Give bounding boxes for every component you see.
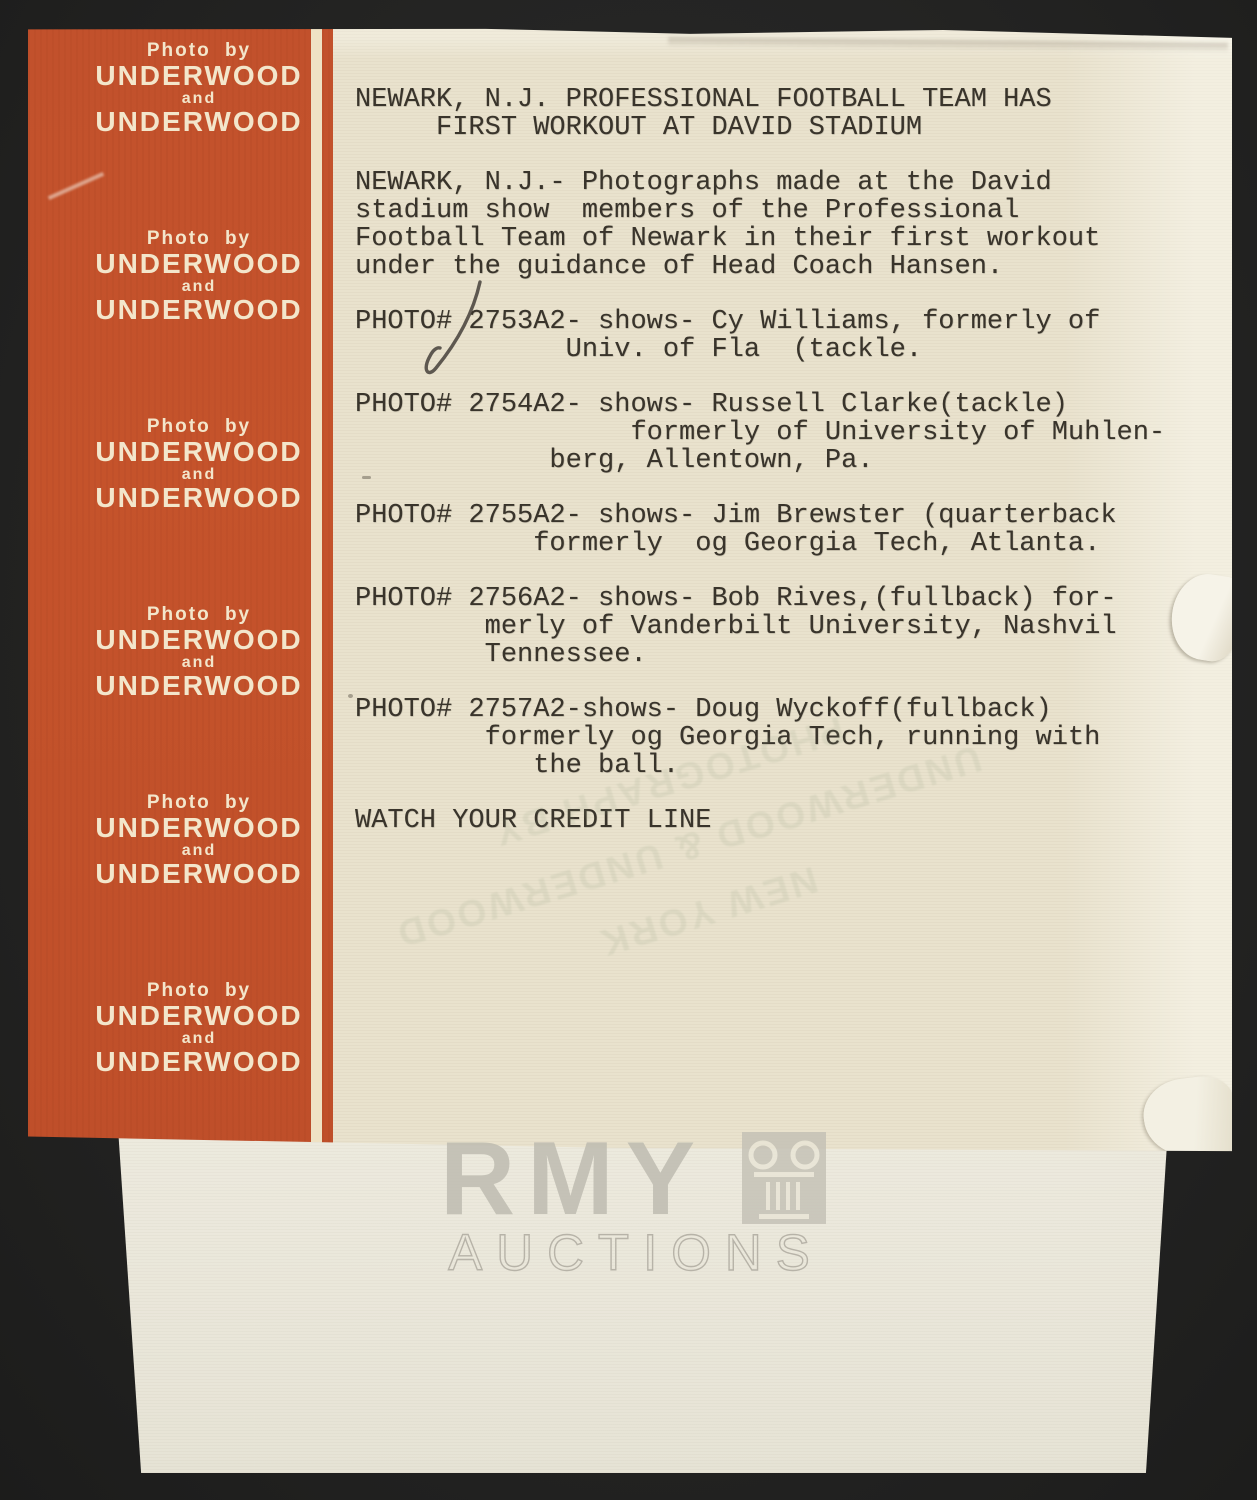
stamp-line: UNDERWOOD (58, 860, 340, 888)
underwood-stamp-block: Photo byUNDERWOODandUNDERWOOD (58, 228, 340, 328)
stamp-line: UNDERWOOD (58, 296, 340, 324)
stamp-line: Photo by (58, 416, 340, 438)
photo-entry-line: PHOTO# 2754A2- shows- Russell Clarke(tac… (355, 391, 1235, 419)
intro-line: Football Team of Newark in their first w… (355, 225, 1235, 253)
column-icon (742, 1132, 826, 1224)
stamp-line: UNDERWOOD (58, 814, 340, 842)
title-line: FIRST WORKOUT AT DAVID STADIUM (355, 114, 1235, 142)
pencil-dash (362, 476, 371, 479)
caption-title: NEWARK, N.J. PROFESSIONAL FOOTBALL TEAM … (355, 86, 1235, 142)
stamp-line: Photo by (58, 228, 340, 250)
rmy-watermark-graphic: RMY AUCTIONS (440, 1130, 840, 1282)
stamp-line: UNDERWOOD (58, 626, 340, 654)
pen-checkmark (380, 250, 490, 390)
rmy-watermark: RMY AUCTIONS (440, 1130, 840, 1282)
stamp-line: Photo by (58, 792, 340, 814)
underwood-stamp-block: Photo byUNDERWOODandUNDERWOOD (58, 980, 340, 1080)
stamp-line: UNDERWOOD (58, 484, 340, 512)
stamp-line: Photo by (58, 980, 340, 1002)
underwood-stamp-block: Photo byUNDERWOODandUNDERWOOD (58, 416, 340, 516)
worn-corner-patch (1140, 1073, 1241, 1162)
crease-shadow (668, 37, 1228, 53)
scan-background: Photo byUNDERWOODandUNDERWOODPhoto byUND… (0, 0, 1257, 1500)
stamp-line: UNDERWOOD (58, 62, 340, 90)
stamp-line: UNDERWOOD (58, 250, 340, 278)
stamp-line: UNDERWOOD (58, 672, 340, 700)
stamp-line: UNDERWOOD (58, 1048, 340, 1076)
photo-entry: PHOTO# 2754A2- shows- Russell Clarke(tac… (355, 391, 1235, 475)
photo-entry: PHOTO# 2755A2- shows- Jim Brewster (quar… (355, 502, 1235, 558)
stamp-line: UNDERWOOD (58, 438, 340, 466)
stamp-line: UNDERWOOD (58, 108, 340, 136)
pencil-dot (348, 694, 353, 698)
underwood-stamp-strip: Photo byUNDERWOODandUNDERWOODPhoto byUND… (28, 26, 333, 1154)
photo-entry-line: formerly of University of Muhlen- (355, 419, 1235, 447)
stamp-line: Photo by (58, 40, 340, 62)
underwood-stamp-block: Photo byUNDERWOODandUNDERWOOD (58, 40, 340, 140)
photo-entry-line: PHOTO# 2755A2- shows- Jim Brewster (quar… (355, 502, 1235, 530)
photo-entry-line: berg, Allentown, Pa. (355, 447, 1235, 475)
underwood-stamp-block: Photo byUNDERWOODandUNDERWOOD (58, 604, 340, 704)
title-line: NEWARK, N.J. PROFESSIONAL FOOTBALL TEAM … (355, 86, 1235, 114)
watermark-sub-text: AUCTIONS (448, 1224, 824, 1281)
watermark-main-text: RMY (440, 1130, 707, 1237)
intro-line: NEWARK, N.J.- Photographs made at the Da… (355, 169, 1235, 197)
stamp-line: Photo by (58, 604, 340, 626)
intro-line: stadium show members of the Professional (355, 197, 1235, 225)
stamp-line: UNDERWOOD (58, 1002, 340, 1030)
underwood-stamp-blocks: Photo byUNDERWOODandUNDERWOODPhoto byUND… (58, 40, 340, 1168)
underwood-stamp-block: Photo byUNDERWOODandUNDERWOOD (58, 792, 340, 892)
press-photo-caption-card: Photo byUNDERWOODandUNDERWOODPhoto byUND… (28, 26, 1232, 1154)
